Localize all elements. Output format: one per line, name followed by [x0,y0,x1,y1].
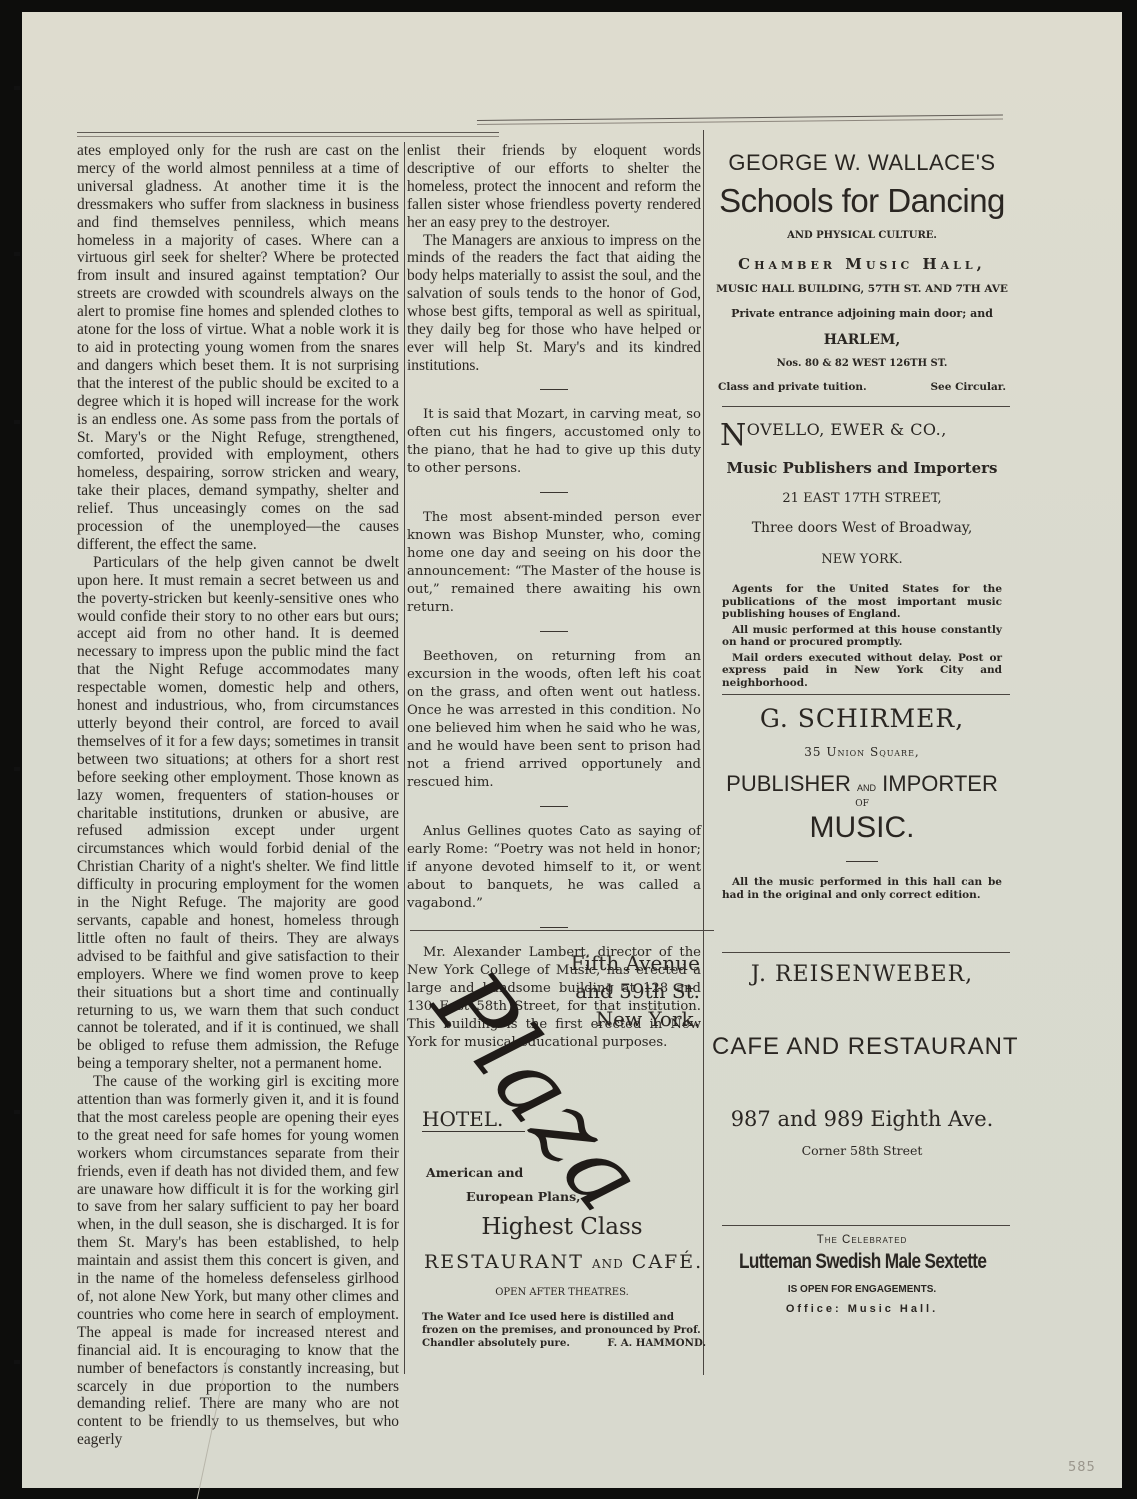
plaza-and: AND [592,1257,624,1271]
anecdote-mozart: It is said that Mozart, in carving meat,… [407,406,701,478]
plaza-address-line: New York. [571,1005,700,1033]
schirmer-music: MUSIC. [712,811,1012,845]
ad-divider [722,694,1010,695]
separator [540,927,568,928]
plaza-restaurant-cafe: RESTAURANT AND CAFÉ. [424,1251,703,1273]
wallace-circular: See Circular. [930,381,1006,393]
plaza-plans-line-1: American and [426,1165,523,1180]
novello-note: Agents for the United States for the pub… [712,583,1012,621]
top-rule-right [477,114,1003,125]
plaza-hotel-label: HOTEL. [422,1107,525,1132]
edge-mark [14,252,20,256]
article-paragraph: The cause of the working girl is excitin… [77,1073,399,1449]
lutteman-pre: The Celebrated [712,1234,1012,1246]
ad-plaza-hotel: Fifth Avenue and 59th St. New York. Plaz… [410,930,714,1371]
separator [846,861,878,862]
anecdote-munster: The most absent-minded person ever known… [407,509,701,617]
separator [540,806,568,807]
schirmer-address: 35 Union Square, [712,745,1012,759]
schirmer-name: G. SCHIRMER, [712,704,1012,733]
schirmer-publisher-line: PUBLISHER AND IMPORTER [712,771,1012,797]
novello-tagline: Music Publishers and Importers [712,459,1012,477]
schirmer-importer: IMPORTER [882,771,998,796]
anecdote-cato: Anlus Gellines quotes Cato as saying of … [407,823,701,913]
plaza-plans-line-2: European Plans, [466,1189,581,1204]
plaza-address-line: Fifth Avenue [571,949,700,977]
wallace-building: MUSIC HALL BUILDING, 57TH ST. AND 7TH AV… [712,283,1012,295]
article-paragraph: enlist their friends by eloquent words d… [407,142,701,232]
ad-novello-ewer: NOVELLO, EWER & CO., Music Publishers an… [712,418,1012,689]
wallace-private-entrance: Private entrance adjoining main door; an… [712,307,1012,320]
plaza-signature: F. A. HAMMOND. [607,1337,706,1350]
plaza-cafe: CAFÉ. [632,1251,703,1273]
schirmer-of: OF [712,799,1012,809]
novello-city: NEW YORK. [712,552,1012,567]
wallace-harlem-address: Nos. 80 & 82 WEST 126TH ST. [712,358,1012,369]
lutteman-office: Office: Music Hall. [712,1303,1012,1315]
column-divider-1 [404,142,405,1374]
separator [540,389,568,390]
plaza-restaurant: RESTAURANT [424,1251,584,1273]
newspaper-page: ates employed only for the rush are cast… [22,12,1122,1488]
edge-mark [14,767,20,771]
lutteman-name: Lutteman Swedish Male Sextette [739,1250,985,1274]
wallace-harlem: HARLEM, [712,332,1012,348]
wallace-hall: Chamber Music Hall, [712,255,1012,273]
separator [540,492,568,493]
plaza-highest-class: Highest Class [410,1214,714,1240]
reisenweber-address: 987 and 989 Eighth Ave. [712,1107,1012,1131]
lutteman-status: IS OPEN FOR ENGAGEMENTS. [712,1284,1012,1295]
reisenweber-title: CAFE AND RESTAURANT [712,1033,1012,1061]
novello-name-line: NOVELLO, EWER & CO., [712,418,1012,453]
ad-divider [722,406,1010,407]
ad-divider [722,1225,1010,1226]
wallace-title: Schools for Dancing [712,182,1012,220]
wallace-tuition: Class and private tuition. [718,381,867,393]
novello-name: OVELLO, EWER & CO., [747,420,947,439]
novello-initial: N [720,418,747,453]
article-column-1: ates employed only for the rush are cast… [77,142,399,1449]
top-rule-left [77,132,499,137]
ad-wallace-dancing: GEORGE W. WALLACE'S Schools for Dancing … [712,150,1012,393]
schirmer-and: AND [857,783,876,793]
ad-divider [722,952,1010,953]
plaza-address: Fifth Avenue and 59th St. New York. [571,949,700,1033]
novello-street: 21 EAST 17TH STREET, [712,491,1012,506]
novello-note: All music performed at this house consta… [712,624,1012,649]
ad-schirmer: G. SCHIRMER, 35 Union Square, PUBLISHER … [712,704,1012,901]
edge-mark [14,1110,20,1114]
article-paragraph: Particulars of the help given cannot be … [77,554,399,1073]
reisenweber-corner: Corner 58th Street [712,1143,1012,1158]
reisenweber-name: J. REISENWEBER, [712,962,1012,987]
separator [540,631,568,632]
edge-mark [14,1360,20,1364]
edge-mark [14,420,20,424]
ad-reisenweber: J. REISENWEBER, CAFE AND RESTAURANT 987 … [712,962,1012,1158]
ad-lutteman-sextette: The Celebrated Lutteman Swedish Male Sex… [712,1234,1012,1315]
edge-mark [14,86,20,90]
anecdote-beethoven: Beethoven, on returning from an excursio… [407,648,701,792]
plaza-address-line: and 59th St. [571,977,700,1005]
novello-note: Mail orders executed without delay. Post… [712,652,1012,690]
article-paragraph: The Managers are anxious to impress on t… [407,232,701,375]
schirmer-note: All the music performed in this hall can… [712,876,1012,901]
page-number-mark: 585 [1068,1460,1096,1475]
plaza-open-after-theatres: OPEN AFTER THEATRES. [410,1287,714,1298]
novello-location: Three doors West of Broadway, [712,520,1012,536]
plaza-fine-print: The Water and Ice used here is distilled… [422,1311,712,1350]
article-paragraph: ates employed only for the rush are cast… [77,142,399,554]
wallace-sub: AND PHYSICAL CULTURE. [712,230,1012,241]
schirmer-publisher: PUBLISHER [726,771,851,796]
article-column-2: enlist their friends by eloquent words d… [407,142,701,1052]
wallace-name: GEORGE W. WALLACE'S [712,150,1012,176]
